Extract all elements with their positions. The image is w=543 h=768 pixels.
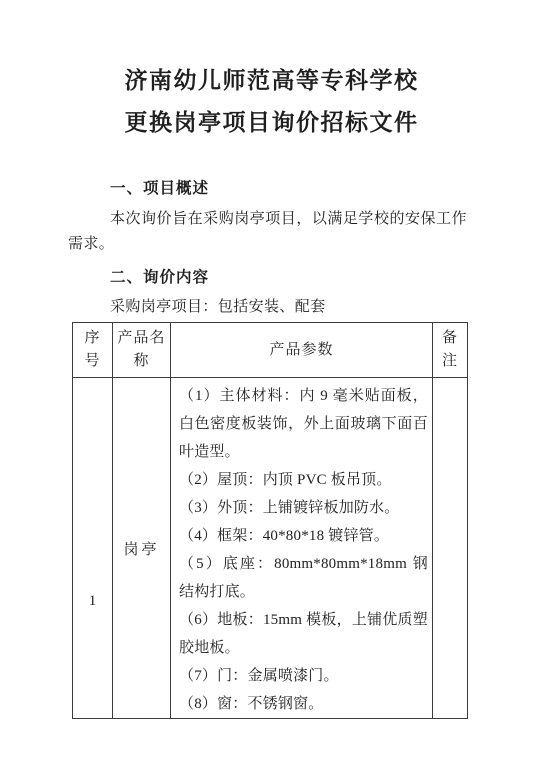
section-inquiry-intro: 采购岗亭项目：包括安装、配套 bbox=[68, 295, 467, 320]
col-header-seq: 序 号 bbox=[73, 323, 113, 378]
col-header-parameters: 产品参数 bbox=[171, 323, 433, 378]
document-body: 一、项目概述 本次询价旨在采购岗亭项目，以满足学校的安保工作需求。 二、询价内容… bbox=[0, 176, 543, 719]
parameter-line: （6）地板：15mm 模板，上铺优质塑胶地板。 bbox=[179, 606, 428, 662]
product-table-header: 序 号 产品名 称 产品参数 备 注 bbox=[73, 323, 468, 378]
row-remark bbox=[433, 378, 468, 719]
parameter-line: （8）窗：不锈钢窗。 bbox=[179, 690, 428, 718]
col-header-remark: 备 注 bbox=[433, 323, 468, 378]
table-row: 1 岗亭 （1）主体材料：内 9 毫米贴面板，白色密度板装饰，外上面玻璃下面百叶… bbox=[73, 378, 468, 719]
product-table-body: 1 岗亭 （1）主体材料：内 9 毫米贴面板，白色密度板装饰，外上面玻璃下面百叶… bbox=[73, 378, 468, 719]
row-parameters: （1）主体材料：内 9 毫米贴面板，白色密度板装饰，外上面玻璃下面百叶造型。（2… bbox=[171, 378, 433, 719]
product-table: 序 号 产品名 称 产品参数 备 注 1 岗亭 （1）主体材料：内 9 毫米贴面… bbox=[72, 322, 468, 719]
parameter-line: （4）框架：40*80*18 镀锌管。 bbox=[179, 522, 428, 550]
parameter-line: （2）屋顶：内顶 PVC 板吊顶。 bbox=[179, 466, 428, 494]
title-line-2: 更换岗亭项目询价招标文件 bbox=[0, 102, 543, 144]
header-row: 序 号 产品名 称 产品参数 备 注 bbox=[73, 323, 468, 378]
row-product-name: 岗亭 bbox=[113, 378, 171, 719]
parameter-line: （3）外顶：上铺镀锌板加防水。 bbox=[179, 494, 428, 522]
col-header-product-name: 产品名 称 bbox=[113, 323, 171, 378]
document-title: 济南幼儿师范高等专科学校 更换岗亭项目询价招标文件 bbox=[0, 0, 543, 144]
parameter-line: （7）门：金属喷漆门。 bbox=[179, 662, 428, 690]
row-seq-cell: 1 bbox=[73, 378, 113, 719]
title-line-1: 济南幼儿师范高等专科学校 bbox=[0, 60, 543, 102]
row-seq-value: 1 bbox=[89, 593, 97, 610]
parameter-line: （5）底座：80mm*80mm*18mm 钢结构打底。 bbox=[179, 550, 428, 606]
section-inquiry-heading: 二、询价内容 bbox=[68, 265, 467, 290]
section-overview-heading: 一、项目概述 bbox=[68, 176, 467, 201]
parameter-line: （1）主体材料：内 9 毫米贴面板，白色密度板装饰，外上面玻璃下面百叶造型。 bbox=[179, 382, 428, 466]
section-overview-paragraph: 本次询价旨在采购岗亭项目，以满足学校的安保工作需求。 bbox=[68, 207, 467, 257]
document-page: 济南幼儿师范高等专科学校 更换岗亭项目询价招标文件 一、项目概述 本次询价旨在采… bbox=[0, 0, 543, 768]
